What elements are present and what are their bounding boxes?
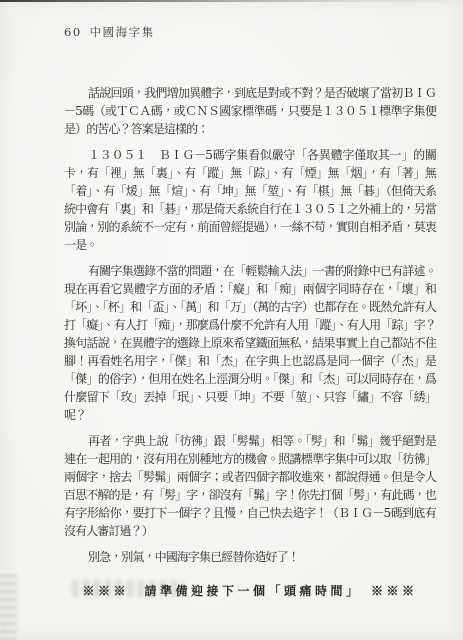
- page-number: 60: [64, 25, 82, 39]
- paragraph-intro: 話說回頭，我們增加異體字，到底是對或不對？是否破壞了當初ＢＩＧ－5碼（或ＴＣＡ碼…: [64, 84, 436, 138]
- running-header: 60中國海字集: [64, 24, 155, 40]
- scan-edge-artifact-top: [0, 0, 463, 2]
- paragraph-big5-charset: １３０５１ ＢＩＧ－5碼字集看似嚴守「各異體字僅取其一」的關卡，有「裡」無「裏」…: [64, 146, 436, 254]
- bleedthrough-artifact: [72, 580, 184, 597]
- paragraph-fangfu-example: 再者，字典上說「彷彿」跟「髣髴」相等。「髣」和「髴」幾乎絕對是連在一起用的，沒有…: [64, 432, 436, 540]
- paragraph-variant-contradictions: 有關字集選錄不當的問題，在「輕鬆輸入法」一書的附錄中已有詳述。現在再看它異體字方…: [64, 262, 436, 424]
- page-body: 話說回頭，我們增加異體字，到底是對或不對？是否破壞了當初ＢＩＧ－5碼（或ＴＣＡ碼…: [64, 84, 436, 599]
- book-title: 中國海字集: [90, 25, 155, 39]
- scanned-book-page: 60中國海字集 話說回頭，我們增加異體字，到底是對或不對？是否破壞了當初ＢＩＧ－…: [0, 0, 463, 640]
- paragraph-closing: 別急，別氣，中國海字集已經替你造好了！: [64, 548, 436, 566]
- scan-smudge-artifact: [0, 574, 17, 640]
